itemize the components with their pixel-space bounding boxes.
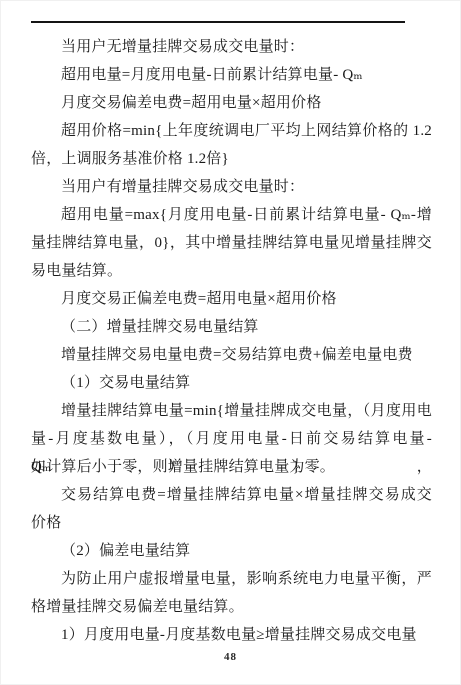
text-line: 倍，上调服务基准价格 1.2倍} [31, 145, 432, 173]
text-line: 当用户无增量挂牌交易成交电量时： [31, 33, 432, 61]
text-line: 量挂牌结算电量，0}，其中增量挂牌结算电量见增量挂牌交 [31, 229, 432, 257]
text-line: 当用户有增量挂牌交易成交电量时： [31, 173, 432, 201]
text-line: 格增量挂牌交易偏差电量结算。 [31, 593, 432, 621]
header-rule [31, 21, 405, 23]
text-line: 增量挂牌交易电量电费=交易结算电费+偏差电量电费 [31, 341, 432, 369]
text-line: 为防止用户虚报增量电量，影响系统电力电量平衡，严 [31, 565, 432, 593]
text-line: 交易结算电费=增量挂牌结算电量×增量挂牌交易成交 [31, 481, 432, 509]
text-line: 超用价格=min{上年度统调电厂平均上网结算价格的 1.2 [31, 117, 432, 145]
text-line: （二）增量挂牌交易电量结算 [31, 313, 432, 341]
text-line: 月度交易偏差电费=超用电量×超用价格 [31, 89, 432, 117]
document-page: 当用户无增量挂牌交易成交电量时： 超用电量=月度用电量-日前累计结算电量- Qₘ… [0, 0, 461, 685]
text-line: 超用电量=月度用电量-日前累计结算电量- Qₘ [31, 61, 432, 89]
text-line: 价格 [31, 509, 432, 537]
text-line: （1）交易电量结算 [31, 369, 432, 397]
page-number: 48 [0, 651, 461, 663]
text-line: 超用电量=max{月度用电量-日前累计结算电量- Qₘ-增 [31, 201, 432, 229]
text-line: 量-月度基数电量），（月度用电量-日前交易结算电量- Qₘ）}， [31, 425, 432, 453]
document-body: 当用户无增量挂牌交易成交电量时： 超用电量=月度用电量-日前累计结算电量- Qₘ… [31, 33, 432, 649]
text-line: 增量挂牌结算电量=min{增量挂牌成交电量，（月度用电 [31, 397, 432, 425]
text-line: （2）偏差电量结算 [31, 537, 432, 565]
text-line: 1）月度用电量-月度基数电量≥增量挂牌交易成交电量 [31, 621, 432, 649]
text-line: 易电量结算。 [31, 257, 432, 285]
text-line: 月度交易正偏差电费=超用电量×超用价格 [31, 285, 432, 313]
